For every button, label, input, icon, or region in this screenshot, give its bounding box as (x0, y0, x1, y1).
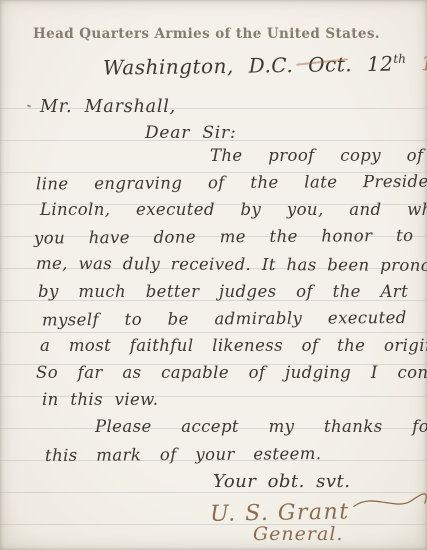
letter-line: Please accept my thanks for (95, 417, 427, 436)
letterhead: Head Quarters Armies of the United State… (33, 26, 380, 42)
letter-line: you have done me the honor to send (34, 225, 427, 247)
dateline: Washington, D.C. Oct. 12th 1866. (103, 50, 427, 79)
letter-line: in this view. (42, 390, 158, 409)
letter-line: by much better judges of the Art than (38, 282, 427, 301)
letter-line: Lincoln, executed by you, and which (40, 200, 427, 219)
salutation-line: Dear Sir: (145, 123, 237, 143)
letter-line: this mark of your esteem. (45, 444, 322, 465)
dateline-place: Washington, D.C. Oct. 12 (103, 52, 394, 80)
letter-line: a most faithful likeness of the original (40, 336, 427, 355)
letter-line: So far as capable of judging I concur (36, 363, 427, 382)
signature: U. S. Grant (210, 491, 427, 527)
dateline-year: 1866. (406, 50, 427, 75)
ink-dot (27, 104, 31, 107)
signature-title: General. (253, 523, 343, 545)
recipient-line: Mr. Marshall, (40, 97, 176, 117)
dateline-ordinal: th (393, 52, 406, 66)
letter-line: me, was duly received. It has been prono… (36, 254, 427, 275)
letter-page: Head Quarters Armies of the United State… (0, 0, 427, 550)
letter-line: line engraving of the late President (36, 172, 427, 194)
letter-line: The proof copy of (210, 146, 423, 165)
valediction-line: Your obt. svt. (213, 471, 350, 492)
letter-line: myself to be admirably executed and (42, 308, 427, 330)
signature-flourish-icon (351, 491, 427, 520)
